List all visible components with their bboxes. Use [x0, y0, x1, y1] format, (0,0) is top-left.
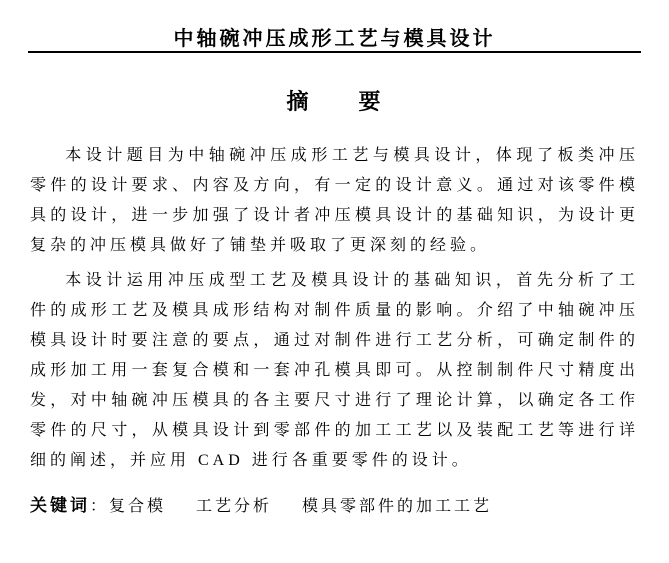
document-title: 中轴碗冲压成形工艺与模具设计 [174, 28, 496, 50]
keywords-label: 关键词 [30, 496, 90, 515]
abstract-paragraph-2: 本设计运用冲压成型工艺及模具设计的基础知识，首先分析了工件的成形工艺及模具成形结… [30, 266, 639, 476]
abstract-heading: 摘 要 [0, 89, 669, 115]
keywords-line: 关键词：复合模工艺分析模具零部件的加工工艺 [30, 494, 639, 519]
abstract-page: 中轴碗冲压成形工艺与模具设计 摘 要 本设计题目为中轴碗冲压成形工艺与模具设计，… [0, 0, 669, 563]
keyword-item-2: 工艺分析 [196, 495, 272, 519]
abstract-paragraph-1: 本设计题目为中轴碗冲压成形工艺与模具设计，体现了板类冲压零件的设计要求、内容及方… [30, 141, 639, 261]
abstract-body: 本设计题目为中轴碗冲压成形工艺与模具设计，体现了板类冲压零件的设计要求、内容及方… [30, 141, 639, 476]
keywords-colon: ： [90, 498, 109, 515]
title-underline-rule: 中轴碗冲压成形工艺与模具设计 [28, 28, 641, 53]
keyword-item-3: 模具零部件的加工工艺 [302, 495, 492, 519]
keyword-item-1: 复合模 [109, 495, 166, 519]
